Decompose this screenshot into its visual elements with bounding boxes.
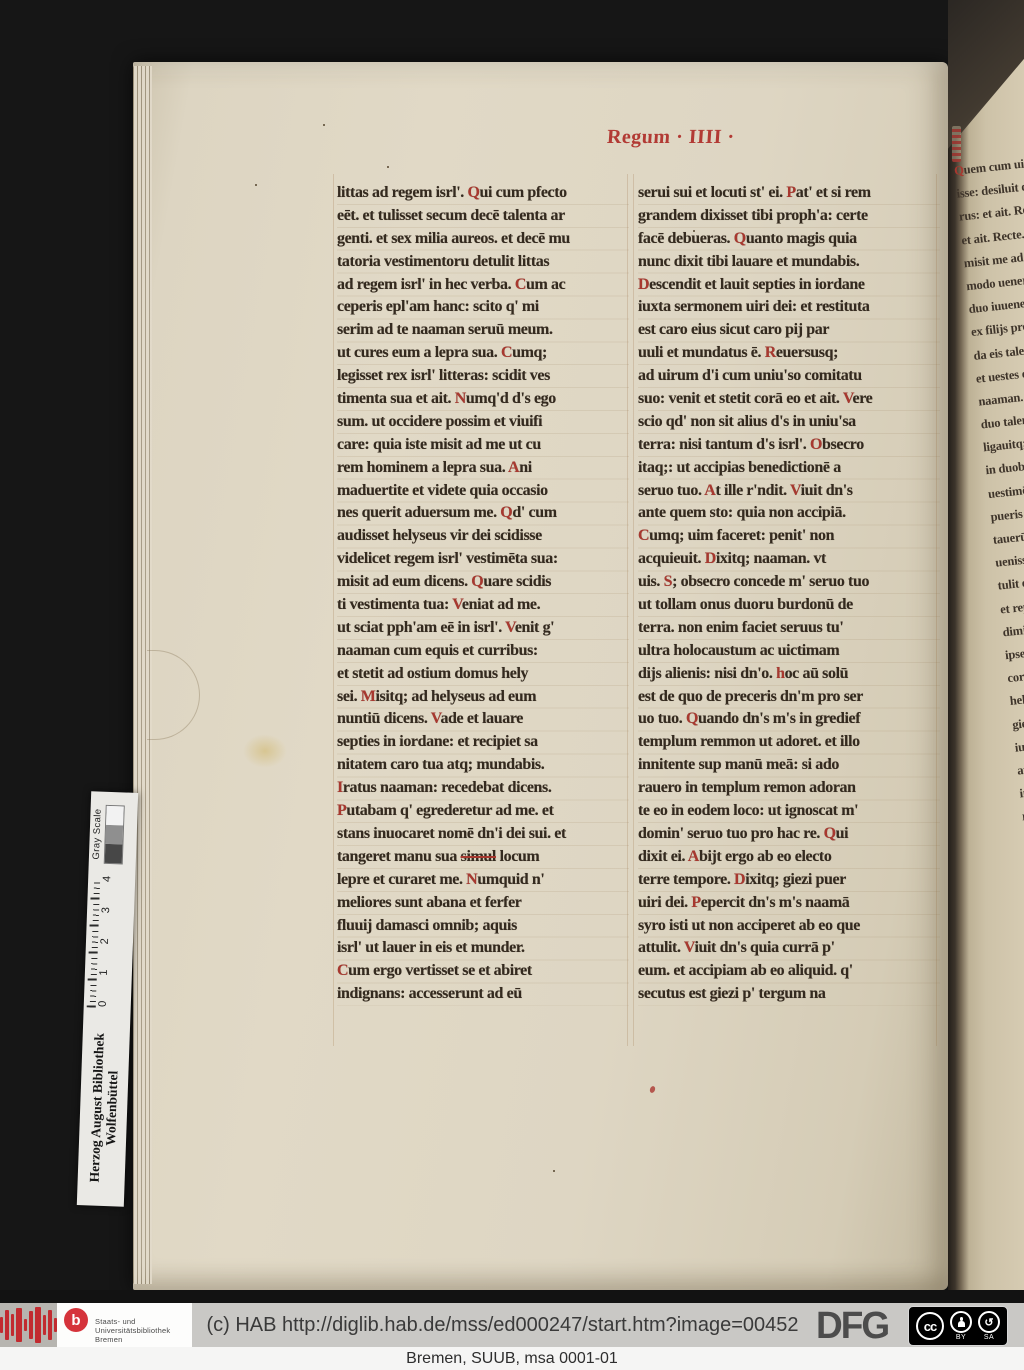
- text-line: ut sciat pph'am eē in isrl'. Venit g': [337, 617, 629, 640]
- grayscale-patches: [104, 805, 125, 865]
- grayscale-target: Gray Scale: [88, 791, 138, 878]
- grayscale-patch: [105, 844, 123, 864]
- logo-bar: [24, 1319, 27, 1331]
- bremen-library-logo: b Staats- und Universitätsbibliothek Bre…: [57, 1303, 192, 1352]
- parchment-fold-mark: [147, 650, 200, 740]
- text-line: est de quo de preceris dn'm pro ser: [638, 686, 940, 709]
- text-line: meliores sunt abana et ferfer: [337, 892, 629, 915]
- text-line: legisset rex isrl' litteras: scidit ves: [337, 365, 629, 388]
- text-line: grandem dixisset tibi proph'a: certe: [638, 205, 940, 228]
- logo-bar: [5, 1310, 10, 1340]
- text-line: serui sui et locuti st' ei. Pat' et si r…: [638, 182, 940, 205]
- ruler-row: Herzog August Bibliothek Wolfenbüttel 01…: [77, 791, 138, 1206]
- cc-by-person-icon: [950, 1311, 972, 1333]
- text-line: suo: venit et stetit corā eo et ait. Ver…: [638, 388, 940, 411]
- text-line: ut tollam onus duoru burdonū de: [638, 594, 940, 617]
- text-line: timenta sua et ait. Numq'd d's ego: [337, 388, 629, 411]
- ruling-line: [333, 174, 334, 1046]
- parchment-speck: [387, 166, 389, 168]
- text-line: rauero in templum remon adoran: [638, 777, 940, 800]
- text-line: littas ad regem isrl'. Qui cum pfecto: [337, 182, 629, 205]
- text-line: nitatem caro tua atq; mundabis.: [337, 754, 629, 777]
- text-line: templum remmon ut adoret. et illo: [638, 731, 940, 754]
- person-icon: [958, 1317, 964, 1327]
- text-line: innitente sup manū meā: si ado: [638, 754, 940, 777]
- text-line: Descendit et lauit septies in iordane: [638, 274, 940, 297]
- logo-bar: [0, 1317, 3, 1333]
- grayscale-patch: [105, 825, 123, 845]
- cc-icon: cc: [916, 1312, 944, 1340]
- text-line: est caro eius sicut caro pij par: [638, 319, 940, 342]
- text-line: stans inuocaret nomē dn'i dei sui. et: [337, 823, 629, 846]
- text-line: terre tempore. Dixitq; giezi puer: [638, 869, 940, 892]
- copyright-url: (c) HAB http://diglib.hab.de/mss/ed00024…: [195, 1303, 810, 1347]
- text-line: lepre et curaret me. Numquid n': [337, 869, 629, 892]
- ruler-number: 0: [97, 1001, 109, 1008]
- logo-bar: [16, 1308, 22, 1342]
- ruler-scale: 01234: [84, 876, 136, 1011]
- text-line: ad regem isrl' in hec verba. Cum ac: [337, 274, 629, 297]
- cc-by-label: BY: [956, 1334, 966, 1341]
- cc-by-wrap: BY: [950, 1311, 972, 1341]
- ruler-number: 3: [100, 907, 112, 914]
- text-line: dijs alienis: nisi dn'o. hoc aū solū: [638, 663, 940, 686]
- text-line: sum. ut occidere possim et viuifi: [337, 411, 629, 434]
- text-line: indignans: accesserunt ad eū: [337, 983, 629, 1006]
- text-line: uiri dei. Pepercit dn's m's naamā: [638, 892, 940, 915]
- text-line: iuxta sermonem uiri dei: et restituta: [638, 296, 940, 319]
- text-line: dixit ei. Abijt ergo ab eo electo: [638, 846, 940, 869]
- bremen-logo-icon: b: [64, 1308, 88, 1332]
- text-line: nuntiū dicens. Vade et lauare: [337, 708, 629, 731]
- logo-bar: [35, 1307, 41, 1343]
- text-line: eēt. et tulisset secum decē talenta ar: [337, 205, 629, 228]
- manuscript-page: Regum · IIII · littas ad regem isrl'. Qu…: [133, 62, 948, 1290]
- text-line: eum. et accipiam ab eo aliquid. q': [638, 960, 940, 983]
- grayscale-patch: [106, 806, 124, 826]
- text-line: domin' seruo tuo pro hac re. Qui: [638, 823, 940, 846]
- ruling-line: [633, 174, 634, 1046]
- grayscale-label: Gray Scale: [91, 808, 104, 859]
- text-line: nes querit aduersum me. Qd' cum: [337, 502, 629, 525]
- text-line: videlicet regem isrl' vestimēta sua:: [337, 548, 629, 571]
- cc-sa-wrap: ↺ SA: [978, 1311, 1000, 1341]
- text-line: Iratus naaman: recedebat dicens.: [337, 777, 629, 800]
- parchment-speck: [323, 124, 325, 126]
- logo-bar: [43, 1315, 46, 1335]
- text-line: ut cures eum a lepra sua. Cumq;: [337, 342, 629, 365]
- text-line: Cumq; uim faceret: penit' non: [638, 525, 940, 548]
- dfg-logo: DFG: [816, 1305, 888, 1348]
- text-line: care: quia iste misit ad me ut cu: [337, 434, 629, 457]
- text-line: itaq;: ut accipias benedictionē a: [638, 457, 940, 480]
- text-line: uuli et mundatus ē. Reuersusq;: [638, 342, 940, 365]
- text-column-right: serui sui et locuti st' ei. Pat' et si r…: [638, 182, 940, 1006]
- text-line: genti. et sex milia aureos. et decē mu: [337, 228, 629, 251]
- text-line: syro isti ut non acciperet ab eo que: [638, 915, 940, 938]
- text-line: tangeret manu sua simul locum: [337, 846, 629, 869]
- grayscale-ruler-strip: Herzog August Bibliothek Wolfenbüttel 01…: [77, 791, 138, 1206]
- bremen-name-line3: Bremen: [95, 1335, 170, 1344]
- logo-bar: [29, 1311, 34, 1339]
- cc-icon-wrap: cc: [916, 1312, 944, 1340]
- text-line: ante quem sto: quia non accipiā.: [638, 502, 940, 525]
- facing-page-text: Quem cum uidissetisse: desiluit de curru…: [953, 140, 1024, 1036]
- logo-bar: [11, 1314, 14, 1336]
- parchment-speck: [553, 1170, 555, 1172]
- text-line: ad uirum d'i cum uniu'so comitatu: [638, 365, 940, 388]
- text-line: uis. S; obsecro concede m' seruo tuo: [638, 571, 940, 594]
- text-column-left: littas ad regem isrl'. Qui cum pfectoeēt…: [337, 182, 629, 1006]
- text-line: Cum ergo vertisset se et abiret: [337, 960, 629, 983]
- library-label: Herzog August Bibliothek Wolfenbüttel: [77, 1009, 131, 1207]
- text-line: naaman cum equis et curribus:: [337, 640, 629, 663]
- text-line: fluuij damasci omnib; aquis: [337, 915, 629, 938]
- text-line: audisset helyseus vir dei scidisse: [337, 525, 629, 548]
- text-line: serim ad te naaman seruū meum.: [337, 319, 629, 342]
- text-line: septies in iordane: et recipiet sa: [337, 731, 629, 754]
- text-line: et stetit ad ostium domus hely: [337, 663, 629, 686]
- text-line: tatoria vestimentoru detulit littas: [337, 251, 629, 274]
- text-line: Putabam q' egrederetur ad me. et: [337, 800, 629, 823]
- text-line: seruo tuo. At ille r'ndit. Viuit dn's: [638, 480, 940, 503]
- text-line: secutus est giezi p' tergum na: [638, 983, 940, 1006]
- parchment-stain: [243, 734, 287, 768]
- footer-bar: b Staats- und Universitätsbibliothek Bre…: [0, 1303, 1024, 1347]
- text-line: ultra holocaustum ac uictimam: [638, 640, 940, 663]
- cc-license-badge: cc BY ↺ SA: [908, 1306, 1008, 1346]
- text-line: facē debueras. Quanto magis quia: [638, 228, 940, 251]
- text-line: uo tuo. Quando dn's m's in gredief: [638, 708, 940, 731]
- text-line: ti vestimenta tua: Veniat ad me.: [337, 594, 629, 617]
- shelfmark-caption: Bremen, SUUB, msa 0001-01: [0, 1347, 1024, 1370]
- text-line: isrl' ut lauer in eis et munder.: [337, 937, 629, 960]
- text-line: terra: nisi tantum d's isrl'. Obsecro: [638, 434, 940, 457]
- text-line: scio qd' non sit alius d's in uniu'sa: [638, 411, 940, 434]
- text-line: terra. non enim faciet seruus tu': [638, 617, 940, 640]
- text-line: maduertite et videte quia occasio: [337, 480, 629, 503]
- hab-logo: [0, 1303, 57, 1347]
- bremen-name-line2: Universitätsbibliothek: [95, 1326, 170, 1335]
- text-line: acquieuit. Dixitq; naaman. vt: [638, 548, 940, 571]
- text-line: nunc dixit tibi lauare et mundabis.: [638, 251, 940, 274]
- logo-bar: [48, 1310, 53, 1340]
- cc-sa-label: SA: [984, 1334, 994, 1341]
- digitized-manuscript-viewer: Regum · IIII · littas ad regem isrl'. Qu…: [0, 0, 1024, 1370]
- text-line: sei. Misitq; ad helyseus ad eum: [337, 686, 629, 709]
- red-ink-smudge: [649, 1085, 656, 1093]
- running-title: Regum · IIII ·: [606, 126, 735, 149]
- text-line: te eo in eodem loco: ut ignoscat m': [638, 800, 940, 823]
- text-line: attulit. Viuit dn's quia currā p': [638, 937, 940, 960]
- bremen-library-name: Staats- und Universitätsbibliothek Breme…: [95, 1317, 170, 1344]
- ruler-number: 4: [101, 876, 113, 883]
- ruler-number: 1: [98, 969, 110, 976]
- text-line: misit ad eum dicens. Quare scidis: [337, 571, 629, 594]
- cc-sa-arrow-icon: ↺: [978, 1311, 1000, 1333]
- bremen-name-line1: Staats- und: [95, 1317, 170, 1326]
- ruler-number: 2: [99, 938, 111, 945]
- parchment-speck: [255, 184, 257, 186]
- facing-page-edge: Quem cum uidissetisse: desiluit de curru…: [948, 0, 1024, 1303]
- decorated-initial: [952, 126, 961, 162]
- text-line: rem hominem a lepra sua. Ani: [337, 457, 629, 480]
- text-line: ceperis epl'am hanc: scito q' mi: [337, 296, 629, 319]
- footer-gap: [0, 1290, 1024, 1303]
